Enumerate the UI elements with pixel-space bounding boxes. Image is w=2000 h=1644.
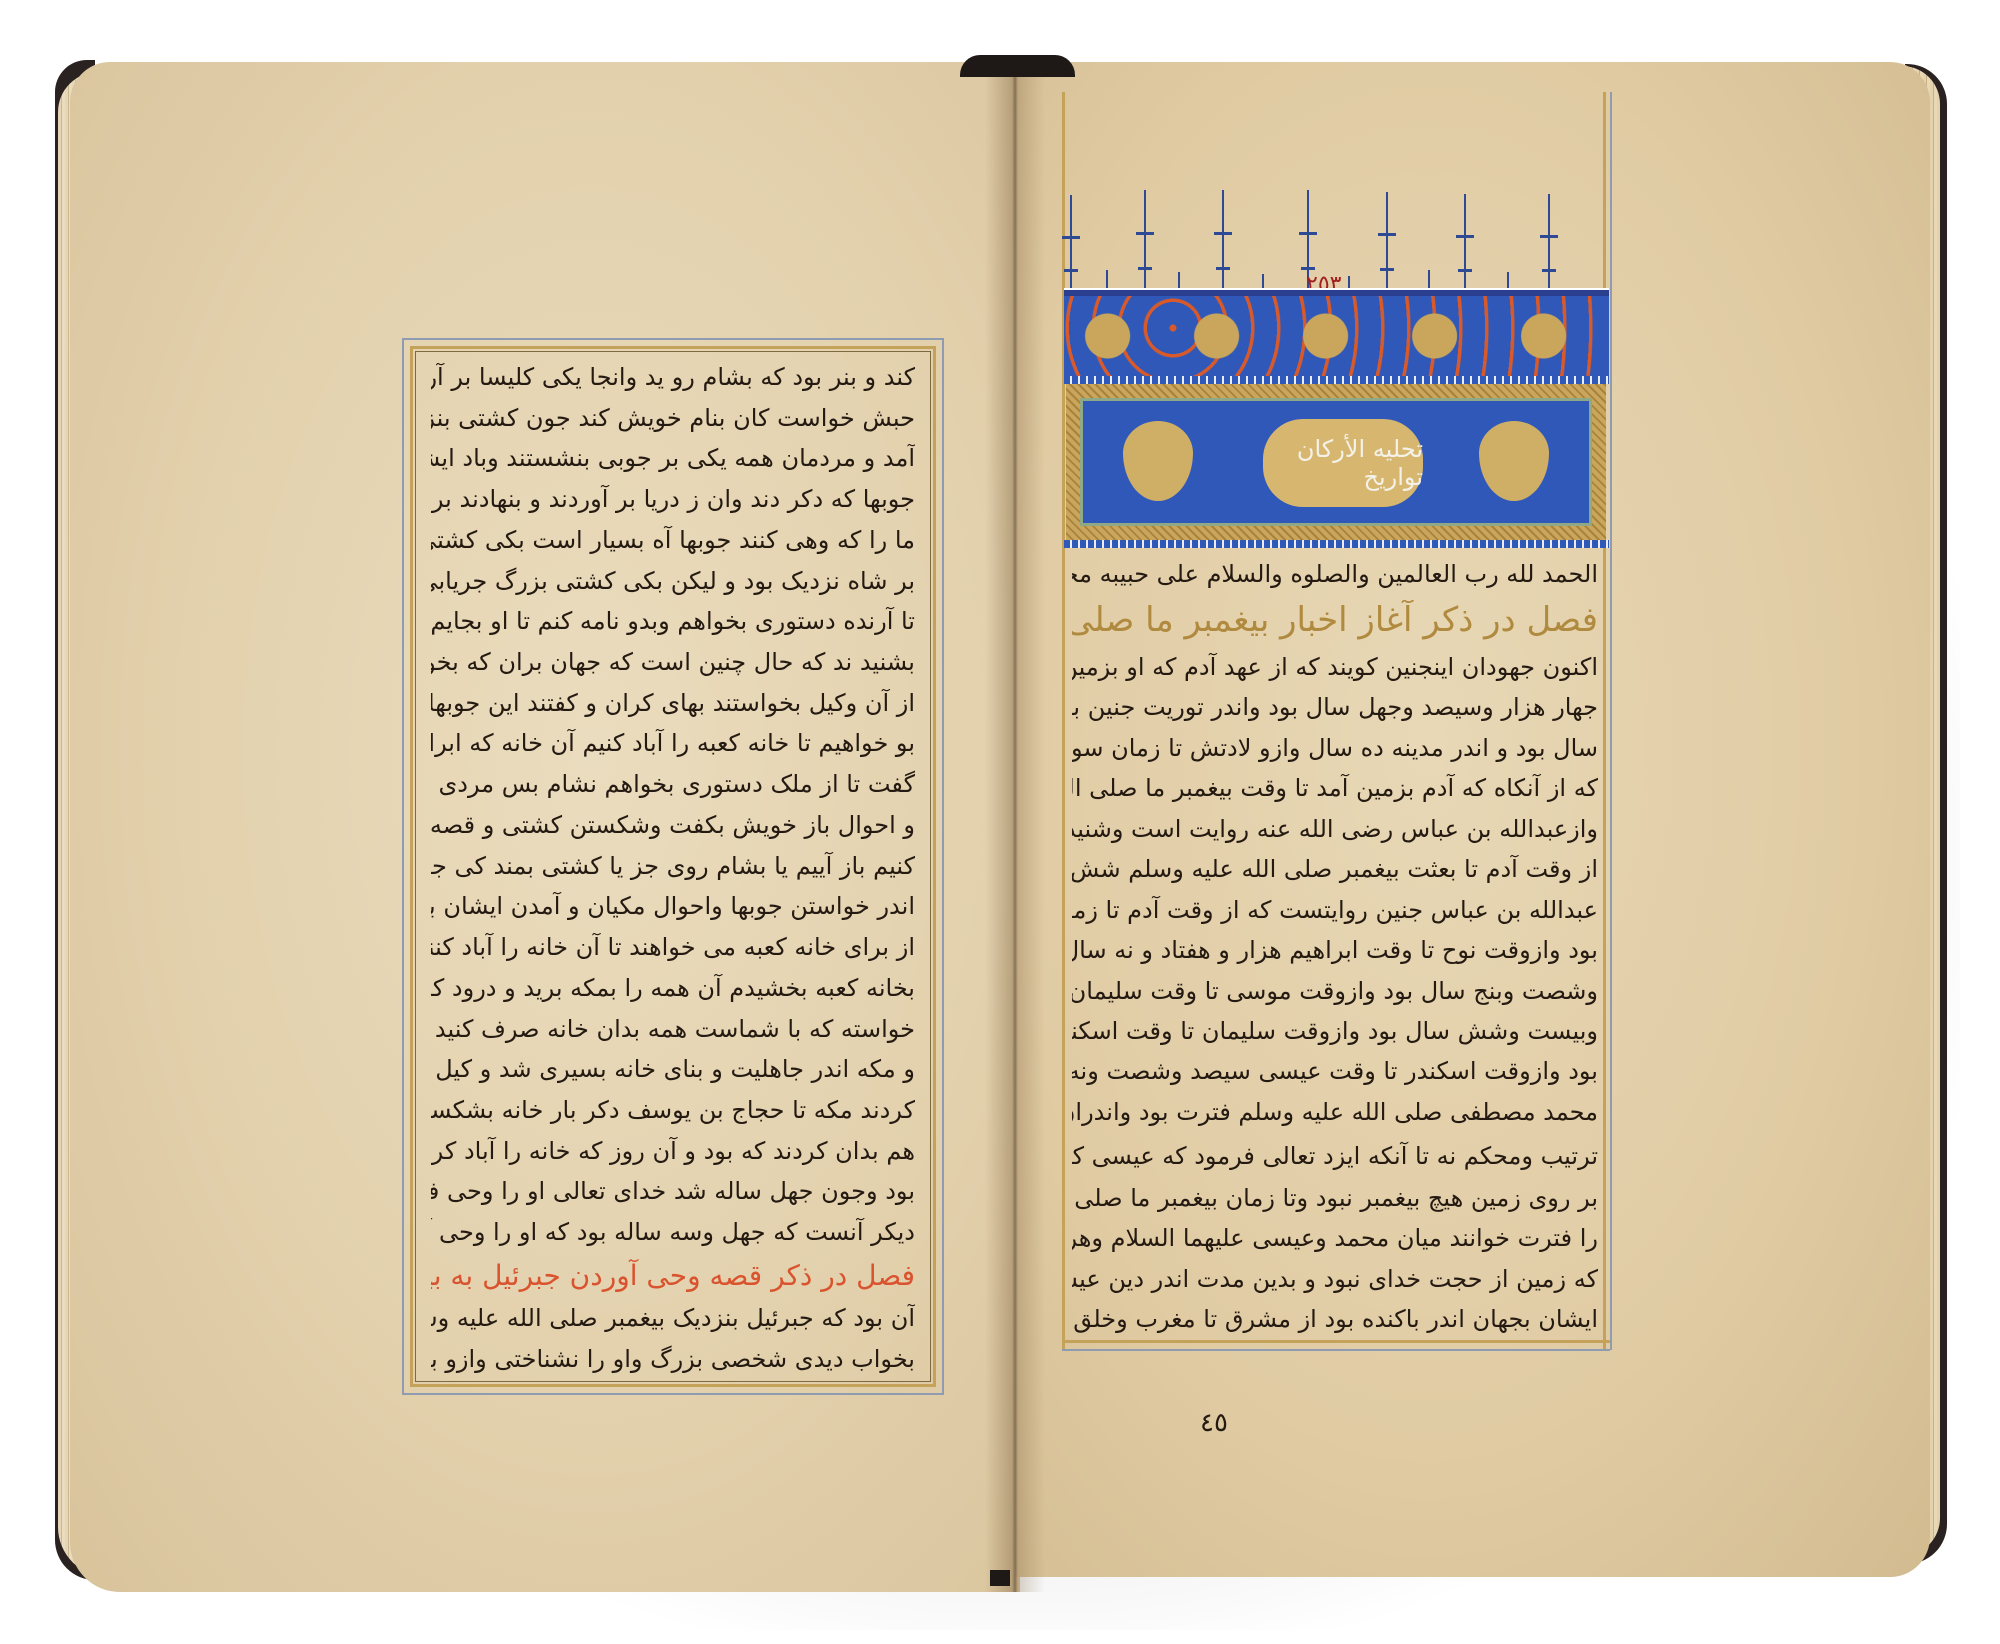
text-line: اندر خواستن جوبها واحوال مکیان و آمدن ای… [431, 892, 915, 921]
headband [960, 55, 1075, 77]
text-line: بر شاه نزدیک بود و لیکن بکی کشتی بزرگ جر… [431, 567, 915, 596]
right-text-block: الحمد لله رب العالمین والصلوه والسلام عل… [1066, 556, 1604, 1338]
text-line: از وقت آدم تا بعثت بیغمبر صلی الله علیه … [1072, 855, 1598, 884]
text-segment: ترتیب ومحکم نه تا آنکه ایزد تعالی فرمود … [1072, 1142, 1598, 1170]
frame-rule-bottom [1062, 1340, 1610, 1351]
text-line: دیکر آنست که جهل وسه ساله بود که او را و… [431, 1218, 915, 1247]
text-line: که از آنکاه که آدم بزمین آمد تا وقت بیغم… [1072, 774, 1598, 803]
frame-rule-right-blue [1610, 92, 1612, 1350]
illumination-top-rule [1064, 288, 1609, 296]
tailband [990, 1570, 1010, 1586]
left-text-frame: کند و بنر بود که بشام رو ید وانجا یکی کل… [402, 338, 944, 1395]
text-line: وازعبدالله بن عباس رضی الله عنه روایت اس… [1072, 815, 1598, 844]
text-line: از آن وکیل بخواستند بهای کران و کفتند ای… [431, 689, 915, 718]
text-line: را فترت خوانند میان محمد وعیسی علیهما ال… [1072, 1224, 1598, 1253]
text-line: تا آرنده دستوری بخواهم وبدو نامه کنم تا … [431, 607, 915, 636]
text-line: کردند مکه تا حجاج بن یوسف دکر بار خانه ب… [431, 1096, 915, 1125]
text-line: بخواب دیدی شخصی بزرگ واو را نشناختی وازو… [431, 1345, 915, 1374]
illumination-dotted-border [1064, 376, 1609, 384]
gold-lobe-ornament [1123, 421, 1193, 501]
cartouche-title: تحلیه الأرکان تواریخ [1263, 435, 1423, 491]
text-line: گفت تا از ملک دستوری بخواهم نشام بس مردی… [431, 770, 915, 799]
text-line: بود وازوقت اسکندر تا وقت عیسی سیصد وشصت … [1072, 1057, 1598, 1086]
text-line: آن بود که جبرئیل بنزدیک بیغمبر صلی الله … [431, 1304, 915, 1333]
spine-gutter [985, 62, 1045, 1592]
text-line: کنیم باز آییم یا بشام روی جز یا کشتی بمن… [431, 852, 915, 881]
text-line-with-blue-quote: ترتیب ومحکم نه تا آنکه ایزد تعالی فرمود … [1072, 1138, 1598, 1172]
text-line: محمد مصطفی صلی الله علیه وسلم فترت بود و… [1072, 1098, 1598, 1127]
illuminated-headpiece: تحلیه الأرکان تواریخ [1066, 384, 1606, 540]
text-line: بشنید ند که حال چنین است که جهان بران که… [431, 648, 915, 677]
text-line: بخانه کعبه بخشیدم آن همه را بمکه برید و … [431, 974, 915, 1003]
rubric-heading-gold: فصل در ذکر آغاز اخبار بیغمبر ما صلی الله… [1072, 600, 1598, 641]
left-text-block: کند و بنر بود که بشام رو ید وانجا یکی کل… [410, 346, 936, 1387]
rubric-red-text: فصل در ذکر قصه وحی آوردن جبرئیل به بیغمب… [431, 1259, 915, 1292]
central-cartouche: تحلیه الأرکان تواریخ [1263, 419, 1423, 507]
folio-number-bottom: ٤٥ [1200, 1408, 1228, 1438]
illuminated-floral-band [1064, 296, 1609, 376]
text-line: عبدالله بن عباس جنین روایتست که از وقت آ… [1072, 896, 1598, 925]
illumination-dotted-border [1064, 540, 1609, 548]
text-line: از برای خانه کعبه می خواهند تا آن خانه ر… [431, 933, 915, 962]
text-line: بود وجون جهل ساله شد خدای تعالی او را وح… [431, 1177, 915, 1206]
text-line: و مکه اندر جاهلیت و بنای خانه بسیری شد و… [431, 1055, 915, 1084]
text-line: بود وازوقت نوح تا وقت ابراهیم هزار و هفت… [1072, 936, 1598, 965]
text-line: جوبها که دکر دند وان ز دریا بر آوردند و … [431, 485, 915, 514]
opening-doxology: الحمد لله رب العالمین والصلوه والسلام عل… [1072, 560, 1598, 589]
text-line: بر روی زمین هیچ بیغمبر نبود وتا زمان بیغ… [1072, 1184, 1598, 1213]
text-line: کند و بنر بود که بشام رو ید وانجا یکی کل… [431, 363, 915, 392]
cartouche-panel: تحلیه الأرکان تواریخ [1080, 398, 1592, 526]
text-line: حبش خواست کان بنام خویش کند جون کشتی بنز… [431, 404, 915, 433]
text-line: و احوال باز خویش بکفت وشکستن کشتی و قصه … [431, 811, 915, 840]
text-line: اکنون جهودان اینجنین کویند که از عهد آدم… [1072, 653, 1598, 682]
text-line: خواسته که با شماست همه بدان خانه صرف کنی… [431, 1015, 915, 1044]
frame-rule-left [1062, 92, 1065, 1350]
open-manuscript: کند و بنر بود که بشام رو ید وانجا یکی کل… [0, 0, 2000, 1644]
text-line: هم بدان کردند که بود و آن روز که خانه را… [431, 1137, 915, 1166]
text-line: بو خواهیم تا خانه کعبه را آباد کنیم آن خ… [431, 729, 915, 758]
gold-lobe-ornament [1479, 421, 1549, 501]
text-line: ایشان بجهان اندر باکنده بود از مشرق تا م… [1072, 1305, 1598, 1334]
rubric-heading-red: فصل در ذکر قصه وحی آوردن جبرئیل به بیغمب… [431, 1259, 915, 1293]
text-line: سال بود و اندر مدینه ده سال وازو لادتش ت… [1072, 734, 1598, 763]
text-line: آمد و مردمان همه یکی بر جوبی بنشستند وبا… [431, 444, 915, 473]
text-line: ما را که وهی کنند جوبها آه بسیار است بکی… [431, 526, 915, 555]
text-line: وبیست وشش سال بود وازوقت سلیمان تا وقت ا… [1072, 1017, 1598, 1046]
text-line: که زمین از حجت خدای نبود و بدین مدت اندر… [1072, 1265, 1598, 1294]
text-line: جهار هزار وسیصد وجهل سال بود واندر توریت… [1072, 693, 1598, 722]
text-line: وشصت وبنج سال بود وازوقت موسی تا وقت سلی… [1072, 977, 1598, 1006]
